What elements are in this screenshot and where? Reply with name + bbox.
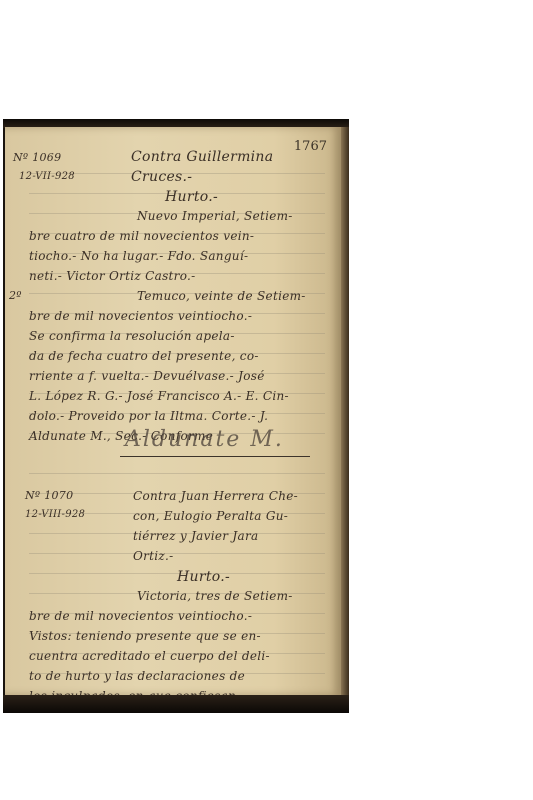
entry-number: Nº 1070: [25, 489, 73, 502]
entry-heading-line: Contra Guillermina: [131, 149, 273, 165]
entry-body-line: Vistos: teniendo presente que se en-: [29, 629, 261, 643]
entry-body-line: cuentra acreditado el cuerpo del deli-: [29, 649, 270, 663]
entry-body-line: to de hurto y las declaraciones de: [29, 669, 245, 683]
signature: Aldunate M.: [125, 427, 284, 452]
entry-date: 12-VII-928: [19, 171, 75, 182]
entry-body-line: neti.- Victor Ortiz Castro.-: [29, 269, 196, 283]
ruled-line: [29, 473, 325, 474]
entry-heading-line: tiérrez y Javier Jara: [133, 529, 258, 543]
entry-date: 12-VIII-928: [25, 509, 85, 520]
entry-body-line: Victoria, tres de Setiem-: [137, 589, 293, 603]
entry-body-line: L. López R. G.- José Francisco A.- E. Ci…: [29, 389, 289, 403]
entry-body-line: bre de mil novecientos veintiocho.-: [29, 309, 252, 323]
entry-body-line: Se confirma la resolución apela-: [29, 329, 235, 343]
entry-title: Hurto.-: [177, 569, 230, 585]
margin-note: 2º: [9, 289, 22, 302]
entry-body-line: Nuevo Imperial, Setiem-: [137, 209, 293, 223]
entry-body-line: tiocho.- No ha lugar.- Fdo. Sanguí-: [29, 249, 248, 263]
ruled-line: [29, 553, 325, 554]
entry-number: Nº 1069: [13, 151, 61, 164]
page-number: 1767: [294, 139, 327, 154]
entry-heading-line: Contra Juan Herrera Che-: [133, 489, 298, 503]
entry-heading-line: con, Eulogio Peralta Gu-: [133, 509, 288, 523]
book-bottom-edge: [3, 695, 349, 713]
entry-title: Hurto.-: [165, 189, 218, 205]
entry-body-line: rriente a f. vuelta.- Devuélvase.- José: [29, 369, 265, 383]
ledger-scan: 1767 Nº 1069 12-VII-928 Contra Guillermi…: [3, 119, 349, 713]
signature-underline: [120, 456, 310, 457]
entry-body-line: bre cuatro de mil novecientos vein-: [29, 229, 254, 243]
entry-body-line: bre de mil novecientos veintiocho.-: [29, 609, 252, 623]
entry-heading-line: Ortiz.-: [133, 549, 174, 563]
book-right-edge: [341, 127, 349, 699]
entry-body-line: Temuco, veinte de Setiem-: [137, 289, 306, 303]
entry-body-line: da de fecha cuatro del presente, co-: [29, 349, 259, 363]
ledger-page: 1767 Nº 1069 12-VII-928 Contra Guillermi…: [5, 127, 341, 695]
entry-heading-line: Cruces.-: [131, 169, 192, 185]
entry-body-line: dolo.- Proveido por la Iltma. Corte.- J.: [29, 409, 268, 423]
